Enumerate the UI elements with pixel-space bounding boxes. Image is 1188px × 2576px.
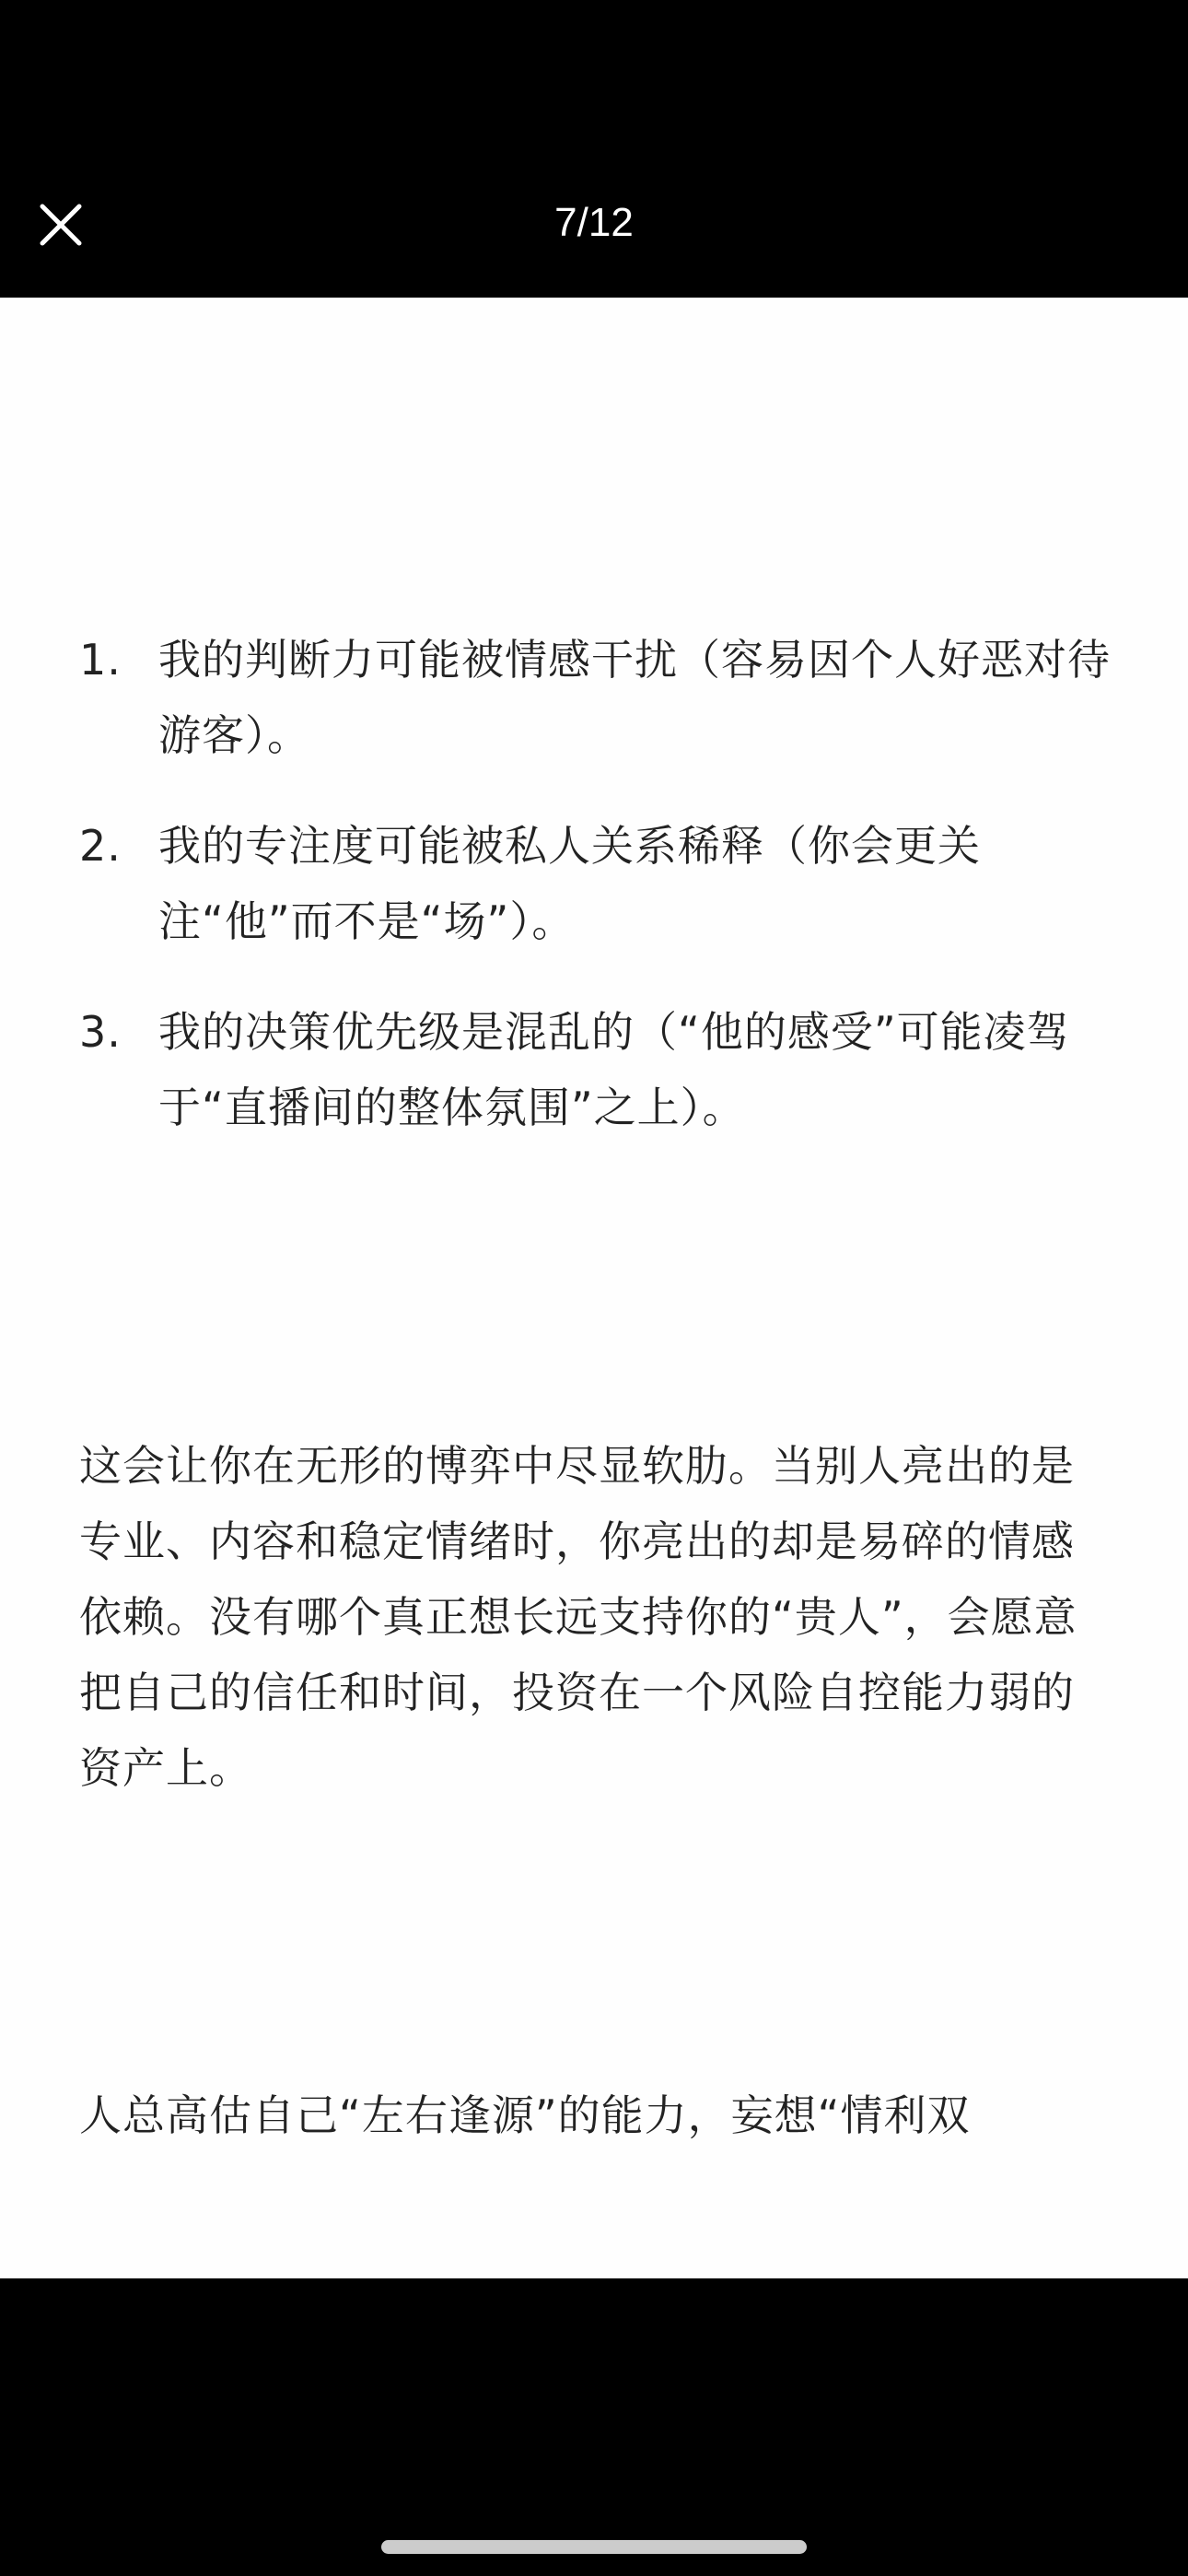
list-item: 1. 我的判断力可能被情感干扰（容易因个人好恶对待游客）。 bbox=[79, 622, 1111, 773]
viewer-footer bbox=[0, 2278, 1188, 2576]
paragraph: 这会让你在无形的博弈中尽显软肋。当别人亮出的是专业、内容和稳定情绪时，你亮出的却… bbox=[79, 1428, 1114, 1806]
list-number: 1. bbox=[79, 622, 122, 697]
list-item-text: 我的判断力可能被情感干扰（容易因个人好恶对待游客）。 bbox=[158, 635, 1111, 760]
list-item: 2. 我的专注度可能被私人关系稀释（你会更关注“他”而不是“场”）。 bbox=[79, 808, 1111, 959]
page-content: 1. 我的判断力可能被情感干扰（容易因个人好恶对待游客）。 2. 我的专注度可能… bbox=[0, 298, 1188, 2278]
list-number: 3. bbox=[79, 994, 122, 1070]
list-item-text: 我的决策优先级是混乱的（“他的感受”可能凌驾于“直播间的整体氛围”之上）。 bbox=[158, 1007, 1070, 1132]
list-item: 3. 我的决策优先级是混乱的（“他的感受”可能凌驾于“直播间的整体氛围”之上）。 bbox=[79, 994, 1111, 1145]
list-number: 2. bbox=[79, 808, 122, 884]
home-indicator[interactable] bbox=[381, 2540, 807, 2554]
list-item-text: 我的专注度可能被私人关系稀释（你会更关注“他”而不是“场”）。 bbox=[158, 821, 981, 946]
paragraph: 人总高估自己“左右逢源”的能力，妄想“情利双 bbox=[79, 2078, 1114, 2153]
viewer-header: 7/12 bbox=[0, 0, 1188, 298]
page-counter: 7/12 bbox=[0, 195, 1188, 251]
numbered-list: 1. 我的判断力可能被情感干扰（容易因个人好恶对待游客）。 2. 我的专注度可能… bbox=[79, 622, 1111, 1180]
